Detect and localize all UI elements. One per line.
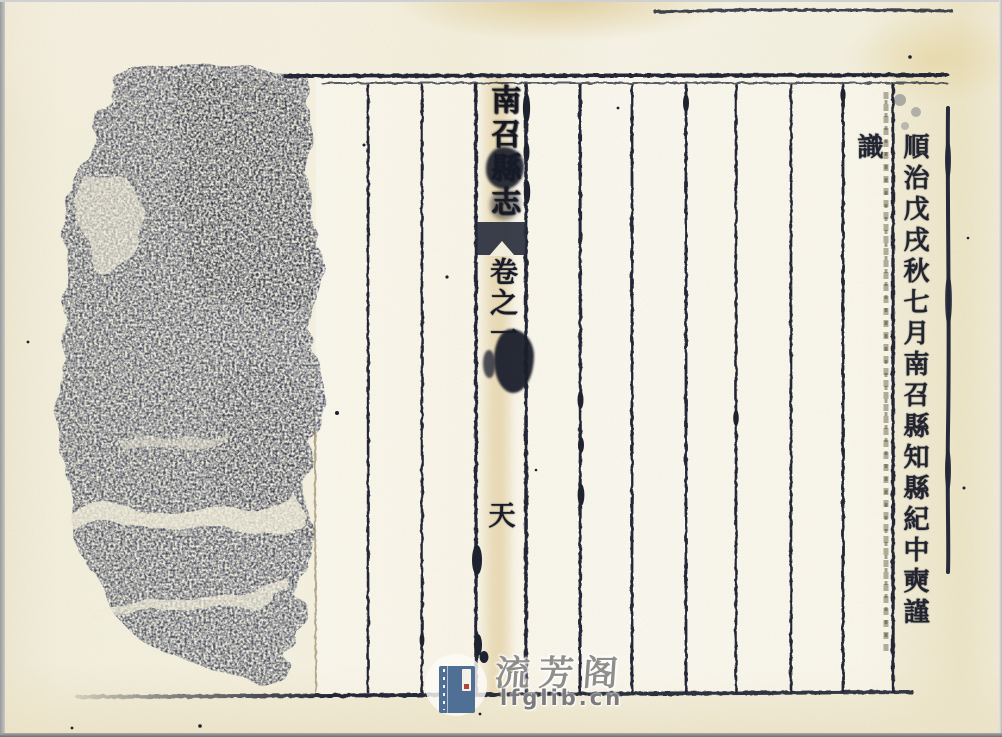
paper-grain [0, 0, 1002, 737]
watermark-site-url: lfglib.cn [500, 686, 623, 710]
thread-bound-book-icon [439, 666, 475, 713]
scan-edge-left [0, 0, 5, 737]
book-spine-line [447, 666, 448, 713]
book-stitch-dots [443, 669, 445, 710]
paper-background: 南召縣志 卷之一 天 順治戊戌秋七月南召縣知縣紀中奭謹識 [0, 0, 1002, 737]
book-title-label [462, 669, 471, 691]
scan-edge-bottom [0, 733, 1002, 737]
watermark: 流芳阁 lfglib.cn [425, 650, 655, 720]
watermark-badge [425, 654, 487, 716]
scan-edge-top [0, 0, 1002, 2]
scanned-book-page: { "spine": { "title": "南召縣志", "volume": … [0, 0, 1002, 737]
